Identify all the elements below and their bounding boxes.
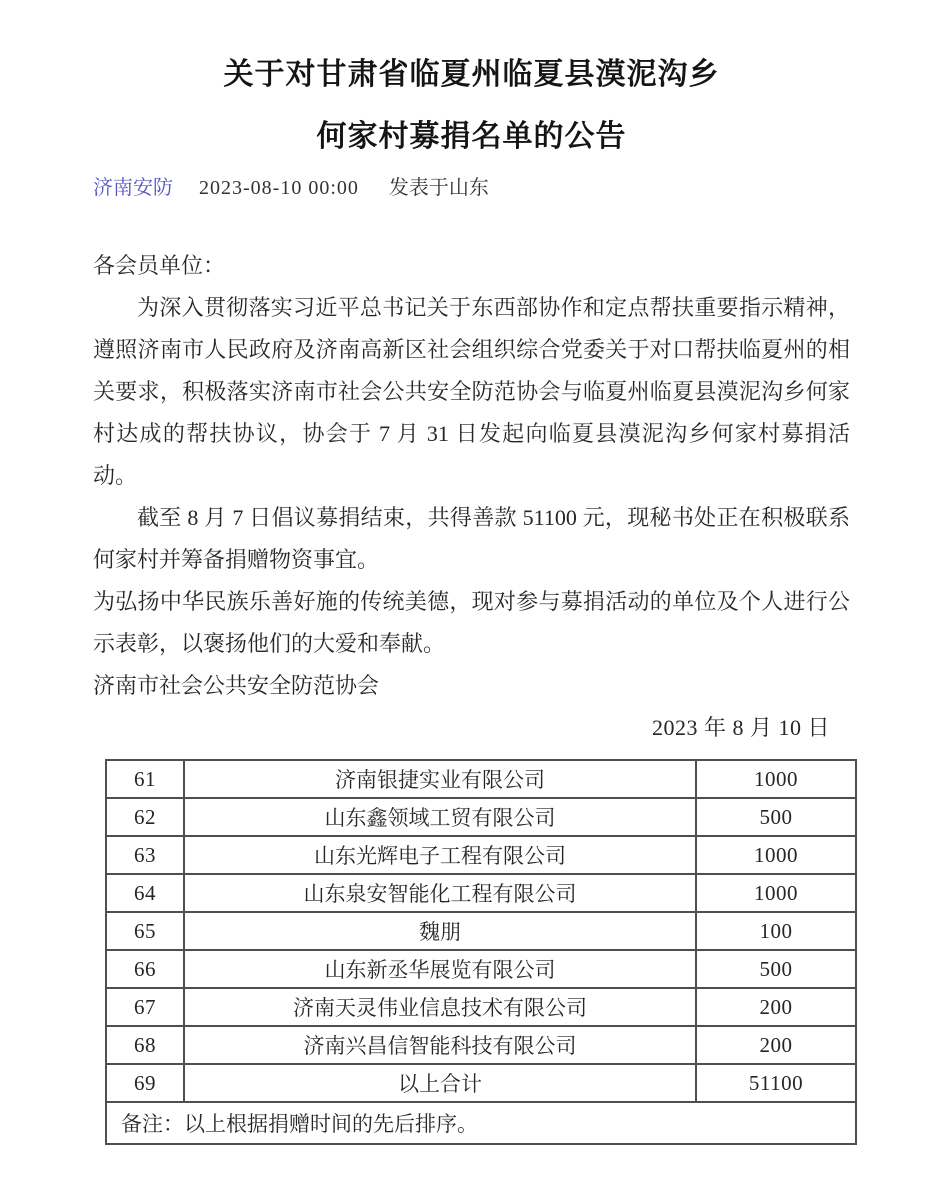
paragraph-3: 为弘扬中华民族乐善好施的传统美德，现对参与募捐活动的单位及个人进行公示表彰，以褒… bbox=[93, 581, 850, 665]
donation-table-body: 61 济南银捷实业有限公司 1000 62 山东鑫领域工贸有限公司 500 63… bbox=[106, 760, 856, 1102]
amount-cell: 1000 bbox=[696, 836, 856, 874]
row-number-cell: 69 bbox=[106, 1064, 184, 1102]
row-number-cell: 63 bbox=[106, 836, 184, 874]
donor-name-cell: 山东新丞华展览有限公司 bbox=[184, 950, 696, 988]
amount-cell: 1000 bbox=[696, 760, 856, 798]
donor-name-cell: 济南银捷实业有限公司 bbox=[184, 760, 696, 798]
paragraph-2: 截至 8 月 7 日倡议募捐结束，共得善款 51100 元，现秘书处正在积极联系… bbox=[93, 497, 850, 581]
note-row: 备注：以上根据捐赠时间的先后排序。 bbox=[106, 1102, 856, 1144]
table-row: 69 以上合计 51100 bbox=[106, 1064, 856, 1102]
byline: 济南安防2023-08-10 00:00发表于山东 bbox=[93, 175, 850, 201]
donor-name-cell: 济南兴昌信智能科技有限公司 bbox=[184, 1026, 696, 1064]
amount-cell: 100 bbox=[696, 912, 856, 950]
amount-cell: 51100 bbox=[696, 1064, 856, 1102]
table-row: 68 济南兴昌信智能科技有限公司 200 bbox=[106, 1026, 856, 1064]
article-body: 各会员单位： 为深入贯彻落实习近平总书记关于东西部协作和定点帮扶重要指示精神，遵… bbox=[93, 245, 850, 749]
publish-datetime: 2023-08-10 00:00 bbox=[199, 177, 359, 199]
row-number-cell: 66 bbox=[106, 950, 184, 988]
amount-cell: 500 bbox=[696, 950, 856, 988]
amount-cell: 500 bbox=[696, 798, 856, 836]
table-row: 62 山东鑫领域工贸有限公司 500 bbox=[106, 798, 856, 836]
donor-name-cell: 山东光辉电子工程有限公司 bbox=[184, 836, 696, 874]
table-row: 66 山东新丞华展览有限公司 500 bbox=[106, 950, 856, 988]
article-title-line1: 关于对甘肃省临夏州临夏县漠泥沟乡 bbox=[93, 55, 850, 95]
publish-location: 发表于山东 bbox=[389, 177, 489, 199]
row-number-cell: 67 bbox=[106, 988, 184, 1026]
donor-name-cell: 以上合计 bbox=[184, 1064, 696, 1102]
table-row: 61 济南银捷实业有限公司 1000 bbox=[106, 760, 856, 798]
amount-cell: 1000 bbox=[696, 874, 856, 912]
donor-name-cell: 魏朋 bbox=[184, 912, 696, 950]
salutation: 各会员单位： bbox=[93, 245, 850, 287]
donor-name-cell: 山东泉安智能化工程有限公司 bbox=[184, 874, 696, 912]
amount-cell: 200 bbox=[696, 988, 856, 1026]
article-title-line2: 何家村募捐名单的公告 bbox=[93, 117, 850, 157]
table-row: 65 魏朋 100 bbox=[106, 912, 856, 950]
table-row: 67 济南天灵伟业信息技术有限公司 200 bbox=[106, 988, 856, 1026]
paragraph-1: 为深入贯彻落实习近平总书记关于东西部协作和定点帮扶重要指示精神，遵照济南市人民政… bbox=[93, 287, 850, 497]
table-row: 63 山东光辉电子工程有限公司 1000 bbox=[106, 836, 856, 874]
row-number-cell: 65 bbox=[106, 912, 184, 950]
amount-cell: 200 bbox=[696, 1026, 856, 1064]
date-line: 2023 年 8 月 10 日 bbox=[93, 707, 850, 749]
donor-name-cell: 济南天灵伟业信息技术有限公司 bbox=[184, 988, 696, 1026]
donor-name-cell: 山东鑫领域工贸有限公司 bbox=[184, 798, 696, 836]
row-number-cell: 62 bbox=[106, 798, 184, 836]
row-number-cell: 64 bbox=[106, 874, 184, 912]
signature-organization: 济南市社会公共安全防范协会 bbox=[93, 665, 850, 707]
donation-table: 61 济南银捷实业有限公司 1000 62 山东鑫领域工贸有限公司 500 63… bbox=[105, 759, 857, 1145]
account-name-link[interactable]: 济南安防 bbox=[93, 177, 173, 199]
announcement-document: 关于对甘肃省临夏州临夏县漠泥沟乡 何家村募捐名单的公告 济南安防2023-08-… bbox=[0, 0, 944, 1200]
row-number-cell: 68 bbox=[106, 1026, 184, 1064]
note-cell: 备注：以上根据捐赠时间的先后排序。 bbox=[106, 1102, 856, 1144]
row-number-cell: 61 bbox=[106, 760, 184, 798]
table-row: 64 山东泉安智能化工程有限公司 1000 bbox=[106, 874, 856, 912]
